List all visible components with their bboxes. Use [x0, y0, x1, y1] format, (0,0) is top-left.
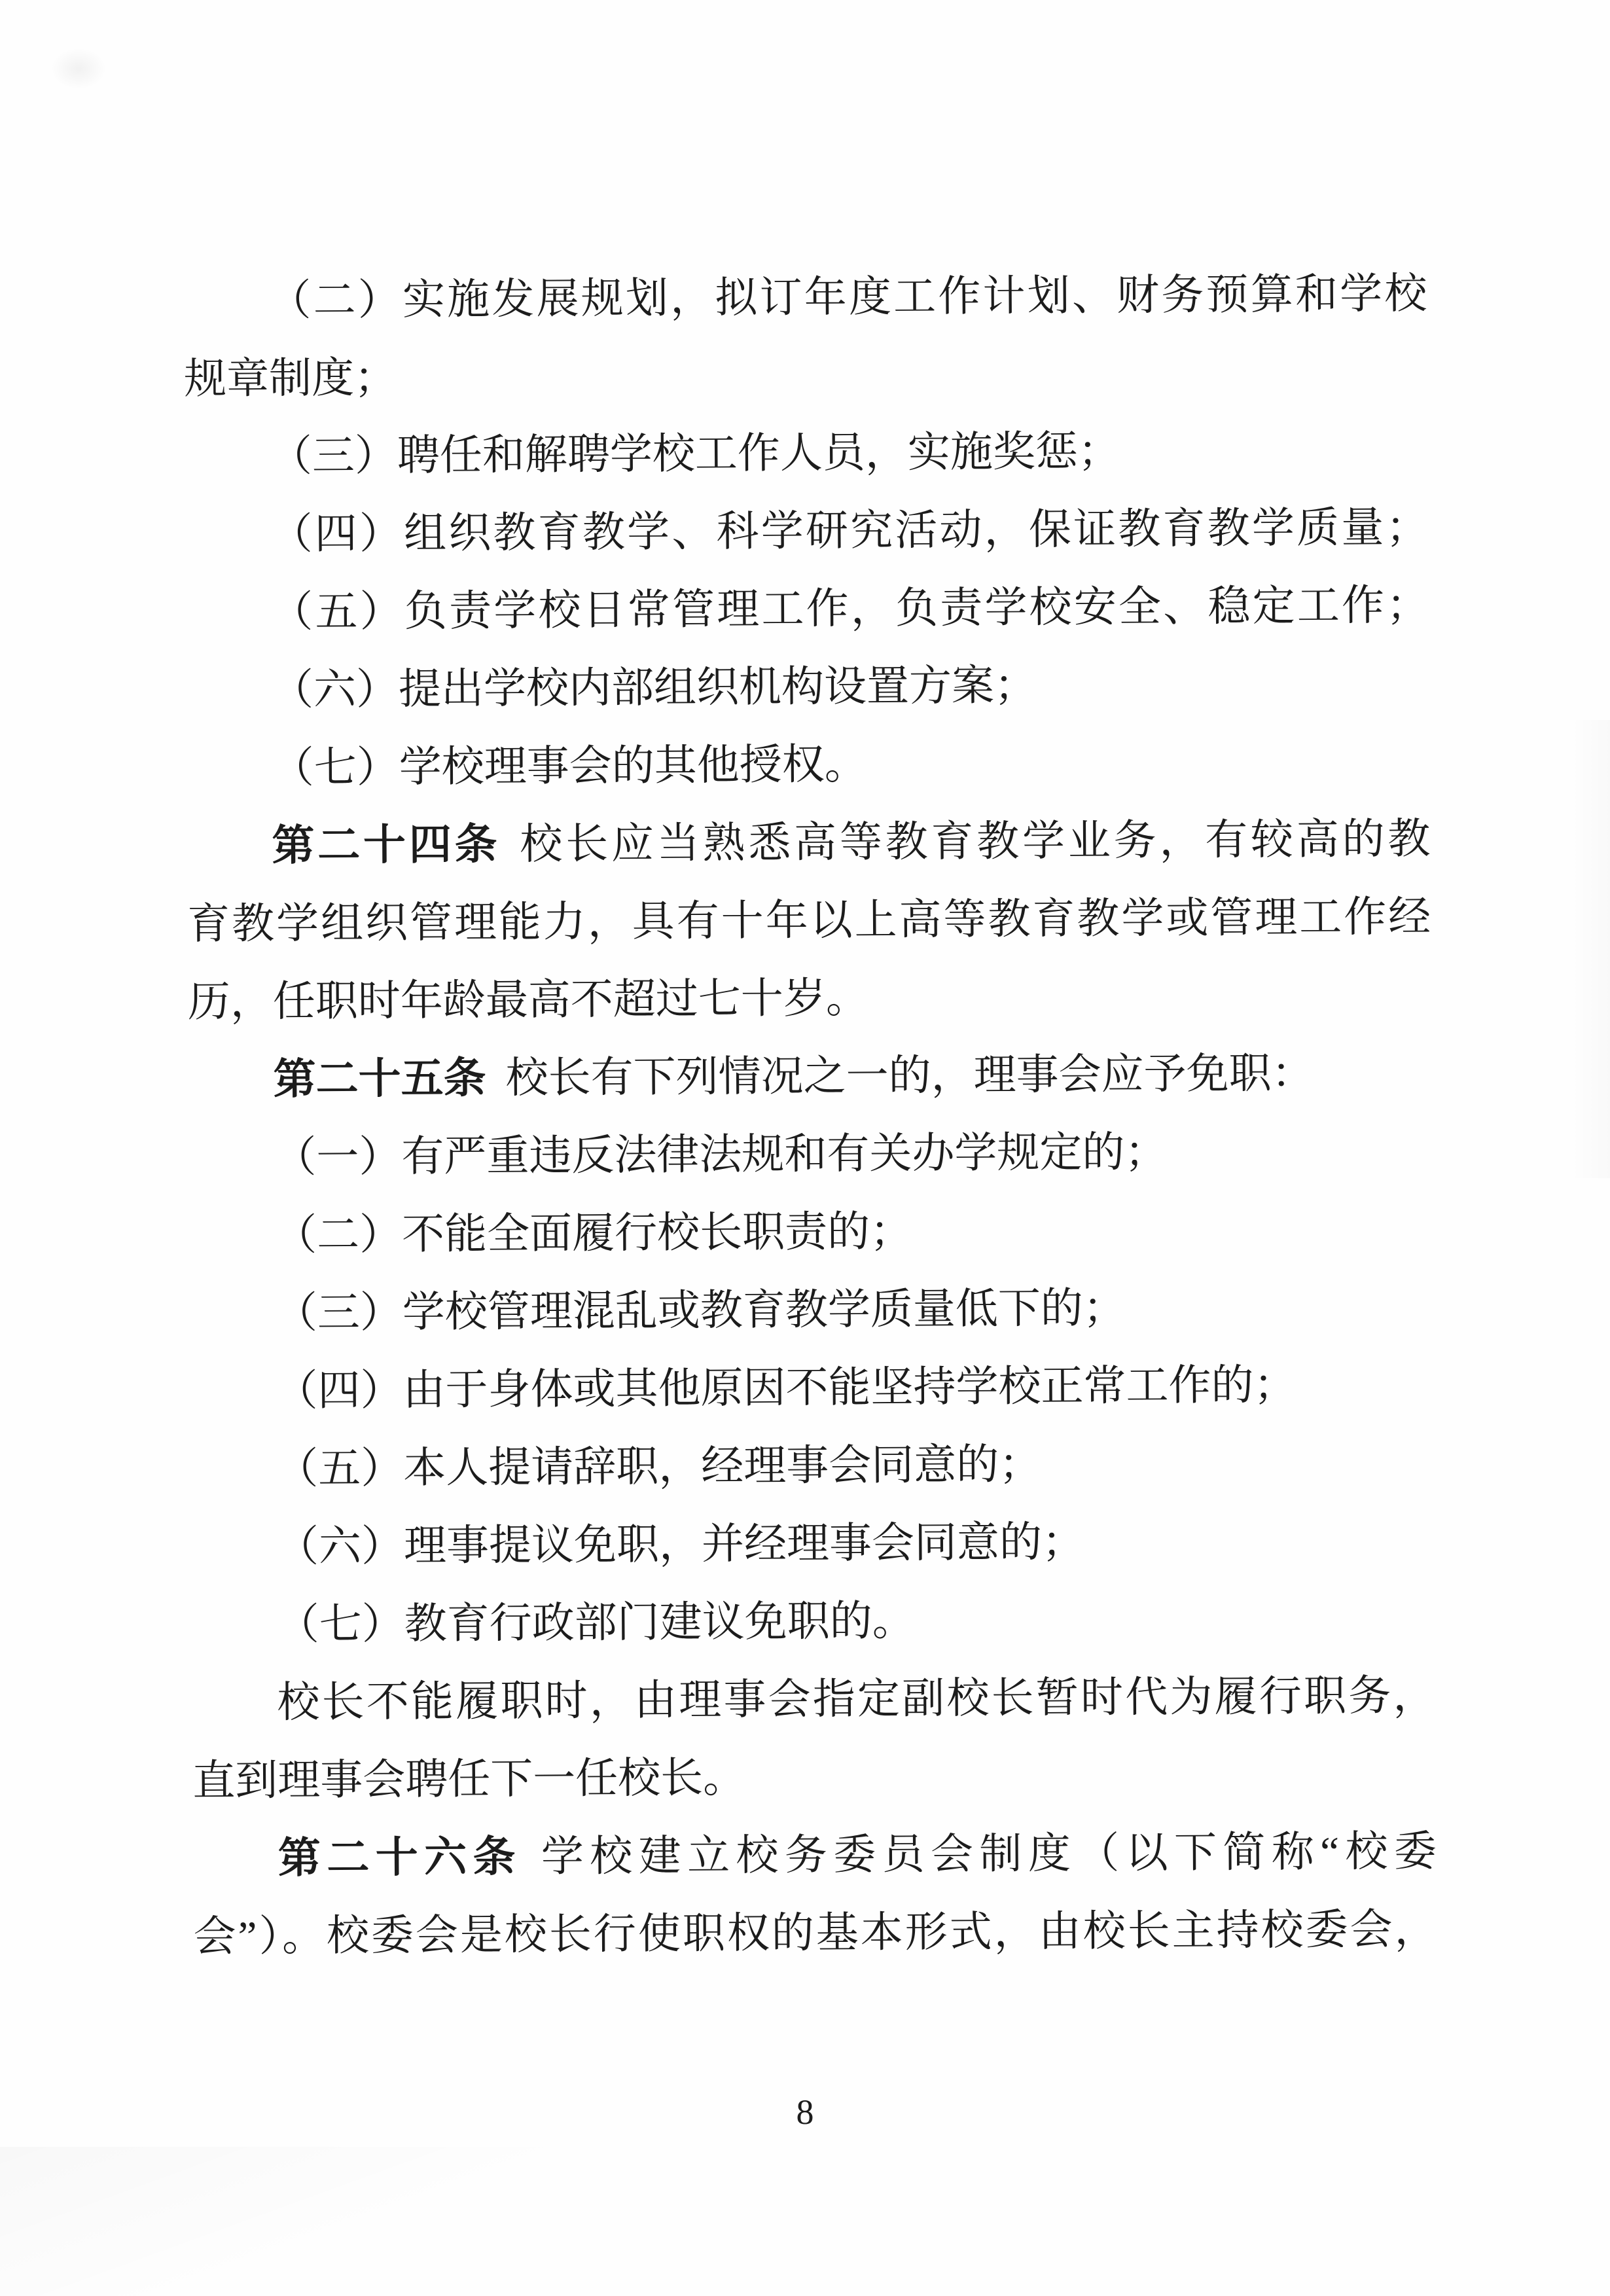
line-text: （六）理事提议免职，并经理事会同意的；: [276, 1518, 1084, 1571]
line-text: （七）学校理事会的其他授权。: [272, 741, 867, 792]
text-line-article: 第二十四条校长应当熟悉高等教育教学业务，有较高的教: [187, 800, 1431, 886]
line-text: 学校建立校务委员会制度（以下简称“校委: [541, 1828, 1437, 1880]
text-line: （一）有严重违反法律法规和有关办学规定的；: [188, 1112, 1433, 1198]
text-line: （四）由于身体或其他原因不能坚持学校正常工作的；: [190, 1346, 1434, 1431]
line-text: 校长不能履职时，由理事会指定副校长暂时代为履行职务，: [277, 1672, 1435, 1727]
text-line: （六）理事提议免职，并经理事会同意的；: [191, 1501, 1435, 1587]
text-line: 校长不能履职时，由理事会指定副校长暂时代为履行职务，: [192, 1657, 1436, 1743]
line-text: （五）负责学校日常管理工作，负责学校安全、稳定工作；: [270, 582, 1429, 636]
text-line-article: 第二十五条校长有下列情况之一的，理事会应予免职：: [188, 1034, 1432, 1120]
article-number: 第二十四条: [272, 821, 500, 870]
scan-artifact: [39, 39, 118, 98]
line-text: （四）组织教育教学、科学研究活动，保证教育教学质量；: [270, 504, 1428, 558]
article-number: 第二十五条: [273, 1055, 486, 1103]
scan-artifact: [1571, 720, 1610, 1178]
text-line: （五）本人提请辞职，经理事会同意的；: [190, 1424, 1435, 1509]
line-text: （七）教育行政部门建议免职的。: [277, 1598, 915, 1649]
line-text: （三）聘任和解聘学校工作人员，实施奖惩；: [270, 428, 1120, 480]
scan-artifact: [0, 2147, 589, 2296]
text-line: 直到理事会聘任下一任校长。: [192, 1735, 1437, 1821]
text-line: （二）实施发展规划，拟订年度工作计划、财务预算和学校: [183, 255, 1427, 341]
line-text: 直到理事会聘任下一任校长。: [192, 1755, 745, 1805]
line-text: 规章制度；: [184, 355, 397, 403]
text-line: （七）学校理事会的其他授权。: [186, 723, 1430, 808]
text-line: 会”）。校委会是校长行使职权的基本形式，由校长主持校委会，: [193, 1891, 1437, 1977]
text-line-article: 第二十六条学校建立校务委员会制度（以下简称“校委: [193, 1813, 1437, 1899]
text-line: （五）负责学校日常管理工作，负责学校安全、稳定工作；: [185, 567, 1429, 653]
line-text: （四）由于身体或其他原因不能坚持学校正常工作的；: [275, 1361, 1296, 1415]
line-text: （二）实施发展规划，拟订年度工作计划、财务预算和学校: [268, 270, 1427, 325]
text-line: 规章制度；: [184, 333, 1428, 419]
document-body: （二）实施发展规划，拟订年度工作计划、财务预算和学校 规章制度； （三）聘任和解…: [183, 255, 1437, 1977]
article-number: 第二十六条: [278, 1834, 522, 1882]
line-text: （二）不能全面履行校长职责的；: [274, 1208, 912, 1259]
text-line: 历，任职时年龄最高不超过七十岁。: [188, 956, 1432, 1042]
text-line: （三）聘任和解聘学校工作人员，实施奖惩；: [184, 411, 1428, 497]
line-text: 校长有下列情况之一的，理事会应予免职：: [505, 1050, 1314, 1102]
line-text: （五）本人提请辞职，经理事会同意的；: [276, 1441, 1041, 1493]
line-text: （一）有严重违反法律法规和有关办学规定的；: [274, 1129, 1167, 1181]
line-text: 历，任职时年龄最高不超过七十岁。: [188, 975, 868, 1026]
line-text: （六）提出学校内部组织机构设置方案；: [271, 662, 1037, 714]
text-line: （三）学校管理混乱或教育教学质量低下的；: [189, 1268, 1433, 1354]
text-line: （六）提出学校内部组织机构设置方案；: [186, 645, 1430, 730]
text-line: （四）组织教育教学、科学研究活动，保证教育教学质量；: [185, 489, 1429, 575]
text-line: （七）教育行政部门建议免职的。: [191, 1579, 1435, 1665]
text-line: 育教学组织管理能力，具有十年以上高等教育教学或管理工作经: [187, 878, 1431, 964]
line-text: 会”）。校委会是校长行使职权的基本形式，由校长主持校委会，: [193, 1906, 1437, 1961]
page-number: 8: [0, 2092, 1610, 2132]
scanned-document-page: （二）实施发展规划，拟订年度工作计划、财务预算和学校 规章制度； （三）聘任和解…: [0, 0, 1610, 2296]
text-line: （二）不能全面履行校长职责的；: [189, 1190, 1433, 1276]
line-text: 育教学组织管理能力，具有十年以上高等教育教学或管理工作经: [187, 893, 1431, 948]
line-text: 校长应当熟悉高等教育教学业务，有较高的教: [520, 816, 1430, 868]
line-text: （三）学校管理混乱或教育教学质量低下的；: [275, 1285, 1126, 1337]
